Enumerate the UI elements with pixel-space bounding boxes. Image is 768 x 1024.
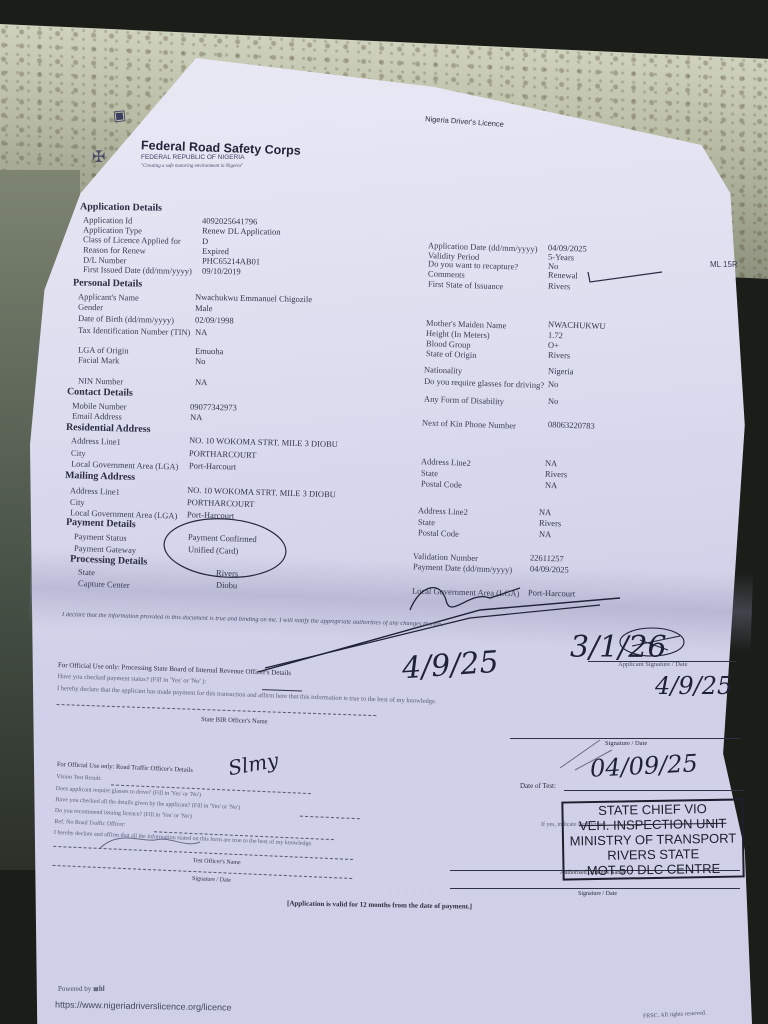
- handwritten-number-scrawl: 3/1/26: [570, 630, 667, 665]
- field-value: Nwachukwu Emmanuel Chigozile: [195, 293, 312, 304]
- field-label: Address Line1: [70, 486, 120, 496]
- field-value: Nigeria: [548, 367, 574, 376]
- tax-board-logo-icon: ▣: [112, 109, 127, 124]
- field-value: Payment Confirmed: [188, 533, 257, 544]
- authorised-signature-line[interactable]: [450, 888, 740, 889]
- field-value: Rivers: [545, 470, 567, 479]
- org-motto: "Creating a safe motoring environment in…: [141, 164, 243, 169]
- field-value: Port-Harcourt: [189, 461, 236, 471]
- field-value: Renewal: [548, 270, 578, 280]
- field-value: O+: [548, 341, 559, 350]
- field-value: Emuoha: [195, 347, 223, 356]
- powered-by-text: Powered by: [58, 985, 91, 993]
- birs-signature-label: Signature / Date: [605, 741, 647, 748]
- stamp-line-5: MOT 50 DLC CENTRE: [564, 860, 742, 878]
- field-value: NA: [539, 530, 552, 539]
- field-label: Postal Code: [418, 528, 459, 538]
- field-value: Expired: [202, 247, 229, 256]
- field-label: Tax Identification Number (TIN): [78, 326, 191, 337]
- frsc-crest-icon: ✠: [92, 150, 105, 166]
- stamp-line-3: MINISTRY OF TRANSPORT: [564, 830, 742, 848]
- field-value: NA: [545, 481, 558, 490]
- field-value: D: [202, 237, 208, 246]
- field-label: Applicant's Name: [78, 292, 139, 302]
- field-label: Reason for Renew: [83, 245, 146, 255]
- field-value: PHC65214AB01: [202, 256, 260, 266]
- field-value: NWACHUKWU: [548, 320, 606, 331]
- field-value: No: [548, 380, 559, 389]
- form-code: ML 15R: [710, 261, 738, 269]
- field-label: First Issued Date (dd/mm/yyyy): [83, 265, 192, 275]
- field-label: Address Line2: [418, 506, 468, 516]
- field-label: Address Line2: [421, 457, 471, 467]
- provider-logo-icon: ≣lıl: [93, 986, 105, 993]
- org-subtitle: FEDERAL REPUBLIC OF NIGERIA: [141, 155, 244, 162]
- field-value: Rivers: [548, 351, 570, 360]
- birs-signature-line[interactable]: [510, 738, 740, 739]
- field-value: NA: [195, 378, 207, 387]
- field-label: City: [70, 498, 85, 507]
- field-value: Male: [195, 304, 213, 313]
- field-value: 02/09/1998: [195, 316, 234, 325]
- field-value: NA: [545, 459, 558, 468]
- field-label: Postal Code: [421, 479, 462, 489]
- field-value: NA: [539, 508, 552, 517]
- field-label: Address Line1: [71, 436, 121, 446]
- official-stamp: STATE CHIEF VIO VEH. INSPECTION UNIT MIN…: [561, 798, 744, 880]
- field-value: 22611257: [530, 553, 564, 563]
- section-heading: Personal Details: [73, 278, 142, 289]
- field-value: No: [195, 357, 206, 366]
- section-heading: Contact Details: [67, 387, 133, 398]
- field-label: State: [78, 568, 95, 577]
- field-value: 1.72: [548, 331, 563, 340]
- field-label: Facial Mark: [78, 356, 119, 365]
- field-value: Diobu: [216, 581, 238, 590]
- section-heading: Mailing Address: [65, 471, 135, 483]
- handwritten-date-1: 4/9/25: [401, 645, 500, 687]
- field-label: Email Address: [72, 411, 122, 421]
- authorised-signature-label: Signature / Date: [578, 891, 617, 897]
- field-value: Port-Harcourt: [528, 588, 575, 598]
- field-label: Application Id: [83, 216, 132, 225]
- field-label: State: [418, 518, 435, 527]
- field-label: NIN Number: [78, 377, 123, 386]
- date-of-test-line[interactable]: [564, 790, 744, 791]
- field-label: Comments: [428, 269, 465, 279]
- handwritten-date-2: 4/9/25: [655, 672, 732, 700]
- field-value: No: [548, 397, 559, 406]
- field-label: State of Origin: [426, 349, 477, 359]
- field-label: Gender: [78, 303, 103, 312]
- field-label: Payment Status: [74, 532, 127, 542]
- field-value: 08063220783: [548, 420, 595, 430]
- field-value: Renew DL Application: [202, 226, 281, 236]
- field-label: Nationality: [424, 365, 463, 375]
- handwritten-test-date: 04/09/25: [589, 749, 698, 783]
- field-value: 09/10/2019: [202, 267, 241, 276]
- field-label: State: [421, 469, 438, 478]
- field-value: 09077342973: [190, 403, 237, 412]
- field-value: Rivers: [216, 569, 239, 578]
- field-label: Payment Gateway: [74, 544, 136, 555]
- field-value: PORTHARCOURT: [187, 498, 255, 509]
- field-label: City: [71, 449, 86, 458]
- field-label: LGA of Origin: [78, 345, 129, 355]
- field-label: Capture Center: [78, 579, 130, 589]
- powered-by-label: Powered by ≣lıl: [58, 986, 105, 993]
- field-value: Unified (Card): [188, 545, 239, 555]
- field-label: Mobile Number: [72, 401, 127, 411]
- field-value: Port-Harcourt: [187, 510, 234, 520]
- field-value: NA: [195, 328, 207, 337]
- field-label: Date of Birth (dd/mm/yyyy): [78, 314, 174, 325]
- field-value: 04/09/2025: [530, 564, 569, 574]
- section-heading: Application Details: [80, 202, 162, 213]
- field-value: PORTHARCOURT: [189, 449, 257, 459]
- field-value: Rivers: [548, 282, 570, 291]
- field-value: NA: [190, 413, 202, 422]
- field-value: Rivers: [539, 519, 561, 528]
- date-of-test-label: Date of Test:: [520, 783, 556, 790]
